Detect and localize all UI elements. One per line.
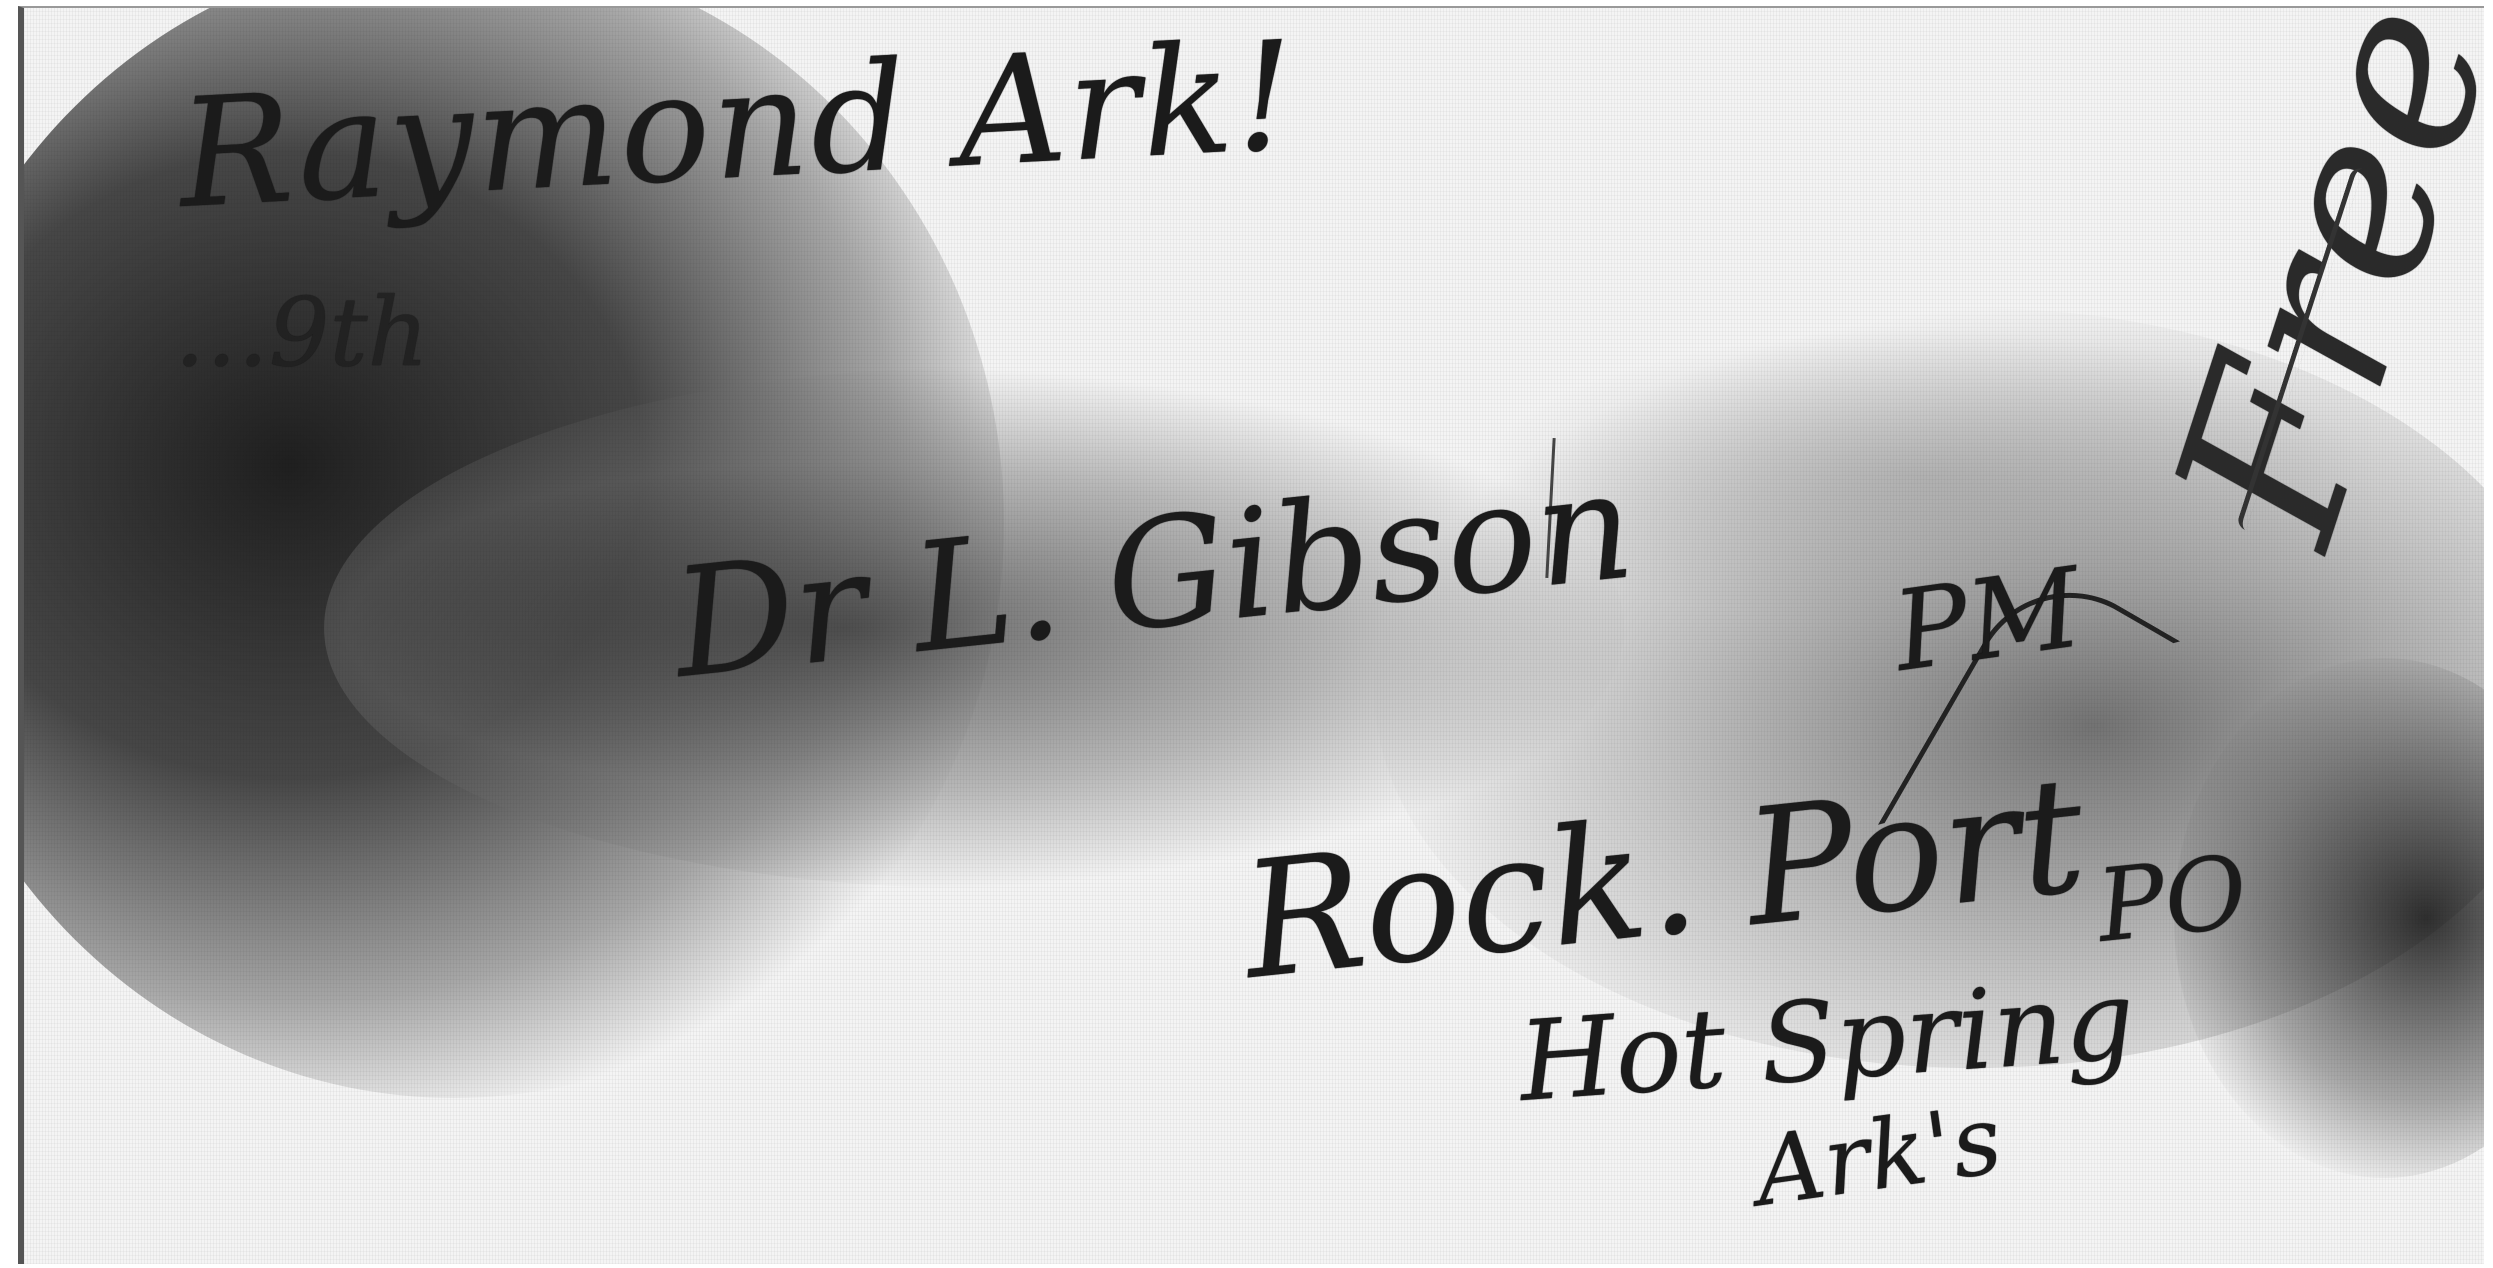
addressee-title: PM — [1886, 543, 2089, 696]
post-office-suffix: PO — [2092, 833, 2253, 965]
envelope-cover: Raymond Ark! …9th Free Dr L. Gibson PM R… — [18, 6, 2484, 1264]
origin-postmark-date: …9th — [174, 278, 429, 388]
